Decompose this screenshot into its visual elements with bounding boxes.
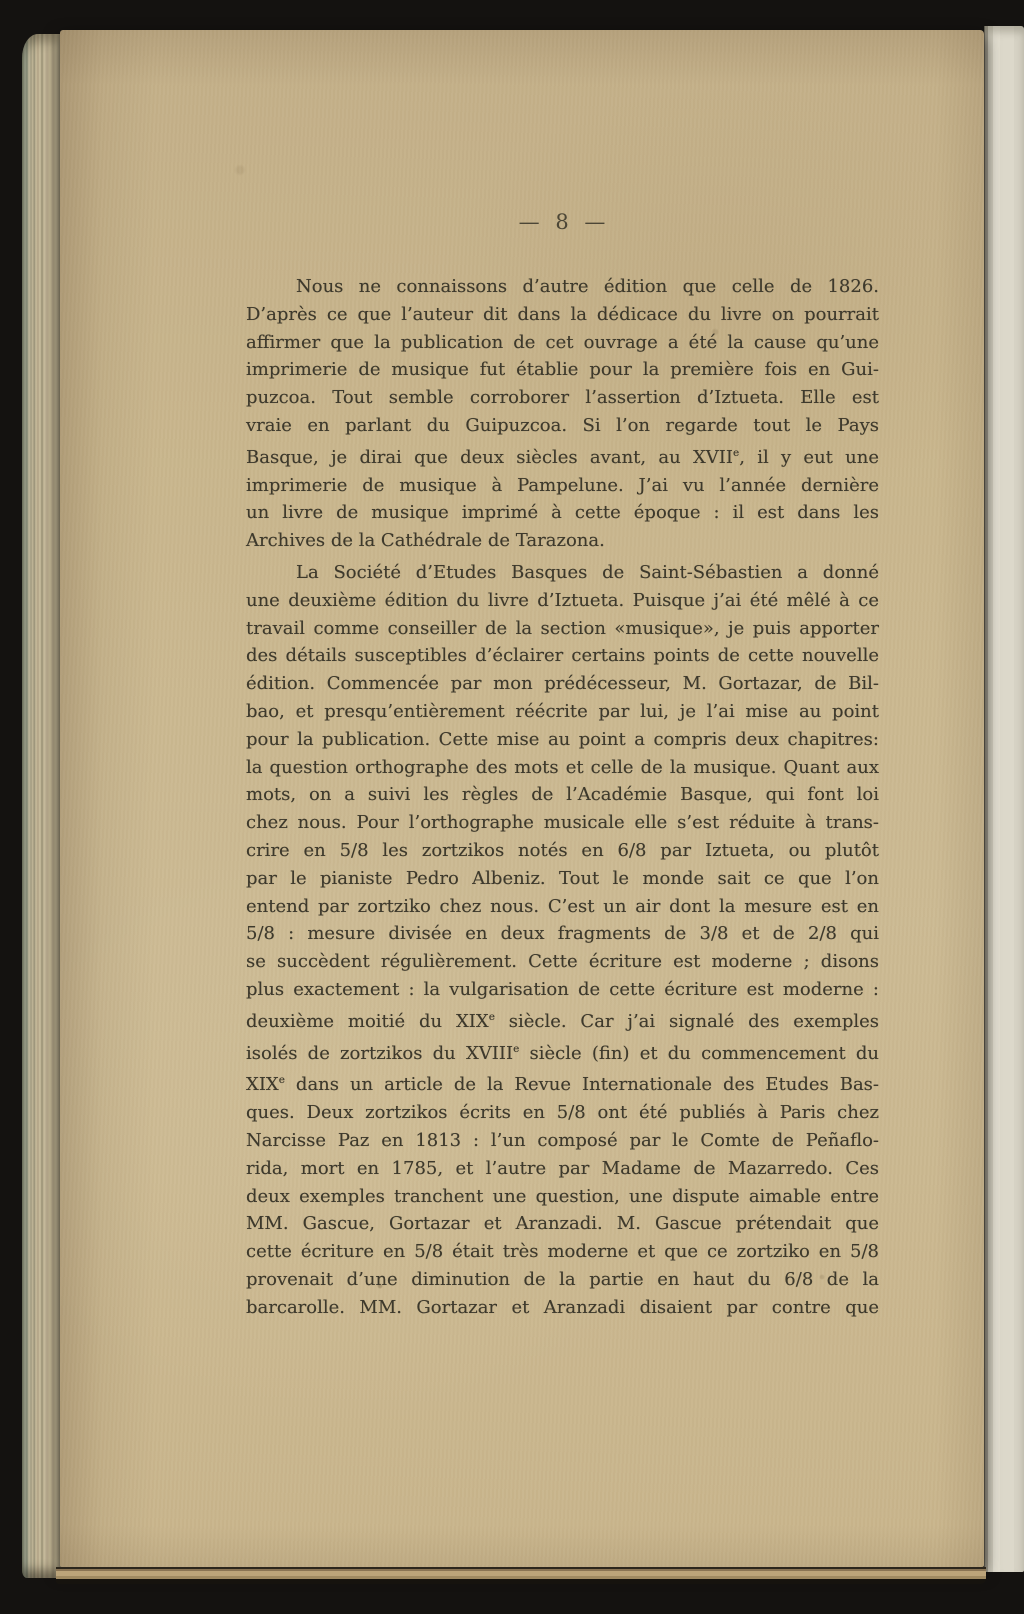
text-line: barcarolle. MM. Gortazar et Aranzadi dis… — [246, 1294, 879, 1322]
text-line: La Société d’Etudes Basques de Saint-Séb… — [246, 559, 879, 587]
text-line: édition. Commencée par mon prédécesseur,… — [246, 670, 879, 698]
text-line: vraie en parlant du Guipuzcoa. Si l’on r… — [246, 412, 879, 440]
next-page-edge — [984, 26, 1024, 1572]
text-line: un livre de musique imprimé à cette époq… — [246, 499, 879, 527]
text-line: des détails susceptibles d’éclairer cert… — [246, 642, 879, 670]
text-line: isolés de zortzikos du XVIIIe siècle (fi… — [246, 1036, 879, 1068]
text-line: deux exemples tranchent une question, un… — [246, 1183, 879, 1211]
text-line: Nous ne connaissons d’autre édition que … — [246, 273, 879, 301]
page-number: — 8 — — [246, 210, 879, 234]
page-text: Nous ne connaissons d’autre édition que … — [246, 273, 879, 1321]
text-line: XIXe dans un article de la Revue Interna… — [246, 1067, 879, 1099]
page-bottom-deckle-edge — [56, 1567, 986, 1584]
text-line: D’après ce que l’auteur dit dans la dédi… — [246, 301, 879, 329]
text-line: Archives de la Cathédrale de Tarazona. — [246, 527, 879, 555]
text-line: entend par zortziko chez nous. C’est un … — [246, 893, 879, 921]
text-line: cette écriture en 5/8 était très moderne… — [246, 1238, 879, 1266]
text-line: plus exactement : la vulgarisation de ce… — [246, 976, 879, 1004]
text-line: une deuxième édition du livre d’Iztueta.… — [246, 587, 879, 615]
text-line: imprimerie de musique fut établie pour l… — [246, 356, 879, 384]
text-line: travail comme conseiller de la section «… — [246, 615, 879, 643]
text-line: par le pianiste Pedro Albeniz. Tout le m… — [246, 865, 879, 893]
text-line: Narcisse Paz en 1813 : l’un composé par … — [246, 1127, 879, 1155]
text-line: 5/8 : mesure divisée en deux fragments d… — [246, 920, 879, 948]
text-line: puzcoa. Tout semble corroborer l’asserti… — [246, 384, 879, 412]
text-line: mots, on a suivi les règles de l’Académi… — [246, 781, 879, 809]
paragraph-1: Nous ne connaissons d’autre édition que … — [246, 273, 879, 555]
photo-background: — 8 — Nous ne connaissons d’autre éditio… — [0, 0, 1024, 1614]
text-line: se succèdent régulièrement. Cette écritu… — [246, 948, 879, 976]
text-line: crire en 5/8 les zortzikos notés en 6/8 … — [246, 837, 879, 865]
book-page: — 8 — Nous ne connaissons d’autre éditio… — [60, 30, 984, 1567]
text-line: pour la publication. Cette mise au point… — [246, 726, 879, 754]
text-line: bao, et presqu’entièrement réécrite par … — [246, 698, 879, 726]
text-line: provenait d’une diminution de la partie … — [246, 1266, 879, 1294]
text-line: ques. Deux zortzikos écrits en 5/8 ont é… — [246, 1099, 879, 1127]
text-line: rida, mort en 1785, et l’autre par Madam… — [246, 1155, 879, 1183]
text-line: la question orthographe des mots et cell… — [246, 754, 879, 782]
text-line: Basque, je dirai que deux siècles avant,… — [246, 440, 879, 472]
text-line: deuxième moitié du XIXe siècle. Car j’ai… — [246, 1004, 879, 1036]
text-line: MM. Gascue, Gortazar et Aranzadi. M. Gas… — [246, 1210, 879, 1238]
book-fore-edge-pages — [22, 34, 64, 1578]
text-line: imprimerie de musique à Pampelune. J’ai … — [246, 472, 879, 500]
text-line: affirmer que la publication de cet ouvra… — [246, 329, 879, 357]
paragraph-2: La Société d’Etudes Basques de Saint-Séb… — [246, 559, 879, 1322]
text-line: chez nous. Pour l’orthographe musicale e… — [246, 809, 879, 837]
